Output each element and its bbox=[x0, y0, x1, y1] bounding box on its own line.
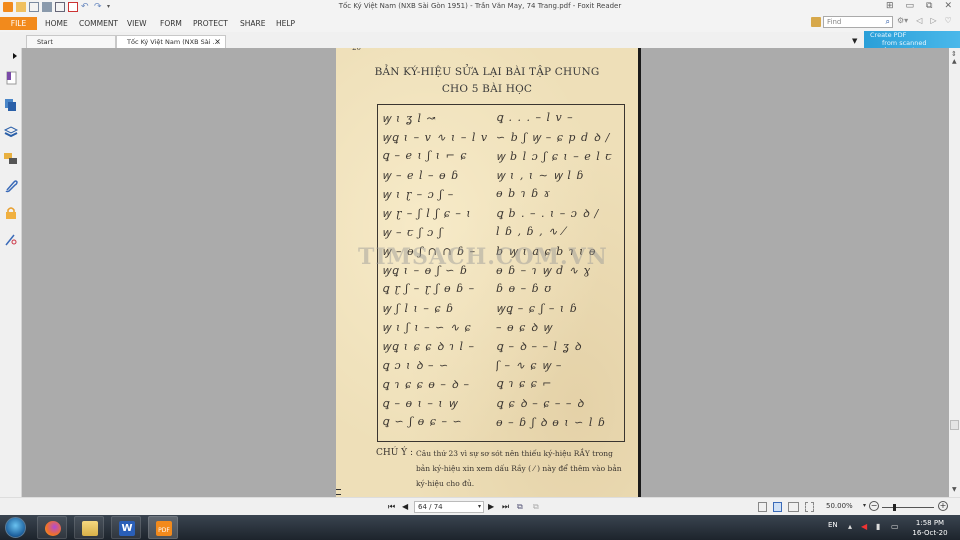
scroll-up-icon[interactable]: ▲ bbox=[952, 58, 957, 65]
zoom-out-icon[interactable]: − bbox=[869, 501, 879, 511]
navigation-panel bbox=[0, 48, 22, 497]
folder-icon bbox=[82, 521, 98, 536]
heading-line1: BẢN KÝ-HIỆU SỬA LẠI BÀI TẬP CHUNG bbox=[336, 64, 638, 81]
tab-comment[interactable]: COMMENT bbox=[79, 17, 118, 30]
ribbon-options-icon[interactable]: ⊞ bbox=[886, 1, 894, 11]
vertical-scrollbar[interactable]: ⇕ ▲ ▼ bbox=[949, 48, 960, 497]
continuous-facing-view-icon[interactable] bbox=[805, 502, 814, 512]
pdf-page: 20 BẢN KÝ-HIỆU SỬA LẠI BÀI TẬP CHUNG CHO… bbox=[336, 48, 641, 497]
foxit-reader-window: ↶ ↷ ▾ Tốc Ký Việt Nam (NXB Sài Gòn 1951)… bbox=[0, 0, 960, 540]
tab-home[interactable]: HOME bbox=[45, 17, 68, 30]
page-number-input[interactable]: 64 / 74 ▾ bbox=[414, 501, 484, 513]
zoom-dropdown-icon[interactable]: ▾ bbox=[863, 502, 866, 509]
window-controls: ⊞ ▭ ⧉ ✕ bbox=[886, 1, 952, 11]
bookmarks-icon[interactable] bbox=[4, 70, 18, 84]
previous-page-icon[interactable]: ◀ bbox=[402, 502, 408, 511]
find-options-icon[interactable] bbox=[811, 17, 821, 27]
system-clock[interactable]: 1:58 PM 16-Oct-20 bbox=[910, 518, 950, 538]
split-view-icon[interactable]: ⇕ bbox=[951, 50, 957, 58]
zoom-slider-handle[interactable] bbox=[893, 504, 896, 511]
previous-result-icon[interactable]: ◁ bbox=[916, 16, 922, 25]
foxit-pdf-icon: PDF bbox=[156, 521, 172, 536]
scroll-down-icon[interactable]: ▼ bbox=[952, 486, 957, 493]
page-dropdown-icon[interactable]: ▾ bbox=[478, 502, 481, 512]
taskbar-foxit-reader[interactable]: PDF bbox=[148, 516, 178, 539]
firefox-icon bbox=[45, 521, 61, 536]
show-hidden-icons[interactable]: ▴ bbox=[848, 522, 852, 531]
layers-icon[interactable] bbox=[4, 124, 18, 138]
word-icon: W bbox=[119, 521, 135, 536]
shorthand-row: ꝡ – ꞇ ʃ ɔ ʃl ɓ , ɓ , ∿ ⁄ bbox=[382, 225, 620, 243]
shorthand-row: ꝡꝗ ɩ – v ∿ ɩ – l v∽ b ʃ ꝡ – ɕ p d ꝺ / bbox=[382, 130, 620, 148]
tab-document[interactable]: Tốc Ký Việt Nam (NXB Sài ... × bbox=[116, 35, 226, 48]
shorthand-row: ꝡ ɩ ʓ l ↝ꝗ . . . – l v – bbox=[382, 111, 620, 129]
shorthand-row: ꝡ ɩ ʃ ɩ – ∽ ∿ ɕ– ɵ ɕ ꝺ ꝡ bbox=[382, 320, 620, 338]
status-bar: ⏮ ◀ 64 / 74 ▾ ▶ ⏭ ⧉ ⧉ 50.00% ▾ − + bbox=[0, 497, 960, 515]
search-icon[interactable]: ⌕ bbox=[886, 17, 890, 27]
clock-date: 16-Oct-20 bbox=[910, 528, 950, 538]
signatures-icon[interactable] bbox=[4, 232, 18, 246]
banner-line2: from scanned documents bbox=[870, 40, 958, 49]
shorthand-row: ꝗ – ɵ ɩ – ɩ ꝡꝗ ɕ ꝺ – ɕ – – ꝺ bbox=[382, 396, 620, 414]
title-bar: ↶ ↷ ▾ Tốc Ký Việt Nam (NXB Sài Gòn 1951)… bbox=[0, 0, 960, 15]
restore-button[interactable]: ⧉ bbox=[926, 1, 932, 11]
tab-start[interactable]: Start bbox=[26, 35, 116, 48]
page-number: 20 bbox=[352, 48, 361, 52]
shorthand-row: ꝗ ɔ ɩ ꝺ – ∽ʃ – ∿ ɕ ꝡ – bbox=[382, 358, 620, 376]
note-label: CHÚ Ý : bbox=[376, 446, 413, 461]
power-icon[interactable]: ▮ bbox=[876, 522, 880, 531]
clock-time: 1:58 PM bbox=[910, 518, 950, 528]
tab-file[interactable]: FILE bbox=[0, 17, 37, 30]
find-placeholder: Find bbox=[827, 18, 841, 26]
tab-help[interactable]: HELP bbox=[276, 17, 295, 30]
single-page-view-icon[interactable] bbox=[758, 502, 767, 512]
next-result-icon[interactable]: ▷ bbox=[930, 16, 936, 25]
tab-share[interactable]: SHARE bbox=[240, 17, 265, 30]
zoom-level[interactable]: 50.00% bbox=[826, 502, 853, 510]
zoom-in-icon[interactable]: + bbox=[938, 501, 948, 511]
shorthand-row: ꝡ ʃ l ɩ – ɕ ɓꝡꝗ – ɕ ʃ – ɩ ɓ bbox=[382, 301, 620, 319]
note-text: Câu thứ 23 vì sự sơ sót nên thiếu ký-hiệ… bbox=[376, 446, 626, 491]
tab-start-label: Start bbox=[37, 38, 53, 46]
shorthand-row: ꝗ ɽ ʃ – ɽ ʃ ɵ ɓ –ɓ ɵ – ɓ ʊ bbox=[382, 282, 620, 300]
close-tab-icon[interactable]: × bbox=[214, 36, 221, 48]
volume-muted-icon[interactable]: ◀ bbox=[861, 522, 867, 531]
language-indicator[interactable]: EN bbox=[828, 521, 838, 529]
taskbar-file-explorer[interactable] bbox=[74, 516, 104, 539]
find-input[interactable]: Find ⌕ bbox=[823, 16, 893, 28]
security-icon[interactable] bbox=[4, 205, 18, 219]
shorthand-row: ꝡ ɽ – ʃ l ʃ ɕ – ɩꝗ b . – . ɩ – ɔ ꝺ / bbox=[382, 206, 620, 224]
first-page-icon[interactable]: ⏮ bbox=[388, 502, 395, 512]
search-tools: ⚙▾ ◁ ▷ ♡ bbox=[897, 16, 952, 25]
tab-view[interactable]: VIEW bbox=[127, 17, 147, 30]
shorthand-row: ꝡ – e l – ɵ ɓꝡ ɩ , ɩ ∼ ꝡ l ɓ bbox=[382, 168, 620, 186]
network-icon[interactable]: ▭ bbox=[891, 522, 899, 531]
tab-form[interactable]: FORM bbox=[160, 17, 182, 30]
shorthand-table: ꝡ ɩ ʓ l ↝ꝗ . . . – l v – ꝡꝗ ɩ – v ∿ ɩ – … bbox=[377, 104, 625, 442]
taskbar-firefox[interactable] bbox=[37, 516, 67, 539]
continuous-view-icon[interactable] bbox=[773, 502, 782, 512]
facing-view-icon[interactable] bbox=[788, 502, 799, 512]
page-heading: BẢN KÝ-HIỆU SỬA LẠI BÀI TẬP CHUNG CHO 5 … bbox=[336, 64, 638, 98]
shorthand-row: ꝗ – e ɩ ʃ ɩ ⌐ ɕꝡ b l ɔ ʃ ɕ ɩ – e l ꞇ bbox=[382, 149, 620, 167]
watermark: TIMSACH.COM.VN bbox=[358, 244, 608, 270]
scroll-thumb[interactable] bbox=[950, 420, 959, 430]
heading-line2: CHO 5 BÀI HỌC bbox=[336, 81, 638, 98]
footnote: CHÚ Ý : Câu thứ 23 vì sự sơ sót nên thiế… bbox=[376, 446, 626, 491]
close-button[interactable]: ✕ bbox=[944, 1, 952, 11]
expand-panel-icon[interactable] bbox=[13, 53, 17, 59]
page-edge-mark bbox=[336, 489, 341, 495]
tab-document-label: Tốc Ký Việt Nam (NXB Sài ... bbox=[127, 38, 219, 46]
previous-view-icon[interactable]: ⧉ bbox=[517, 502, 523, 512]
comments-icon[interactable] bbox=[4, 151, 18, 165]
document-tabs: Start Tốc Ký Việt Nam (NXB Sài ... × bbox=[0, 32, 960, 48]
minimize-button[interactable]: ▭ bbox=[906, 1, 915, 11]
collapse-ribbon-icon[interactable]: ♡ bbox=[945, 16, 952, 25]
shorthand-row: ꝗ ∽ ʃ ɵ ɕ – ∽ɵ – ɓ ʃ ꝺ ɵ ɩ ∽ l ɓ bbox=[382, 415, 620, 433]
pages-icon[interactable] bbox=[4, 97, 18, 111]
tab-protect[interactable]: PROTECT bbox=[193, 17, 228, 30]
next-page-icon[interactable]: ▶ bbox=[488, 502, 494, 511]
next-view-icon[interactable]: ⧉ bbox=[533, 502, 539, 512]
window-title: Tốc Ký Việt Nam (NXB Sài Gòn 1951) - Trầ… bbox=[0, 2, 960, 10]
create-pdf-banner[interactable]: Create PDF from scanned documents bbox=[864, 31, 960, 48]
last-page-icon[interactable]: ⏭ bbox=[502, 502, 509, 512]
shorthand-row: ꝡ ɩ ɽ – ɔ ʃ –ɵ b ɿ ɓ ɤ bbox=[382, 187, 620, 205]
start-button[interactable] bbox=[5, 517, 26, 538]
shorthand-row: ꝗ ɿ ɕ ɕ ɵ – ꝺ –ꝗ ɿ ɕ ɕ ⌐ bbox=[382, 377, 620, 395]
document-view[interactable]: 20 BẢN KÝ-HIỆU SỬA LẠI BÀI TẬP CHUNG CHO… bbox=[22, 48, 949, 497]
gear-icon[interactable]: ⚙▾ bbox=[897, 16, 908, 25]
zoom-slider[interactable] bbox=[882, 507, 934, 508]
taskbar-word[interactable]: W bbox=[111, 516, 141, 539]
shorthand-row: ꝡꝗ ɩ ɕ ɕ ꝺ ɿ l –ꝗ – ꝺ – – l ʓ ꝺ bbox=[382, 339, 620, 357]
attachments-icon[interactable] bbox=[4, 178, 18, 192]
tab-list-dropdown-icon[interactable]: ▼ bbox=[852, 37, 857, 45]
windows-taskbar: W PDF EN ▴ ◀ ▮ ▭ 1:58 PM 16-Oct-20 bbox=[0, 515, 960, 540]
page-field-value: 64 / 74 bbox=[418, 503, 443, 511]
